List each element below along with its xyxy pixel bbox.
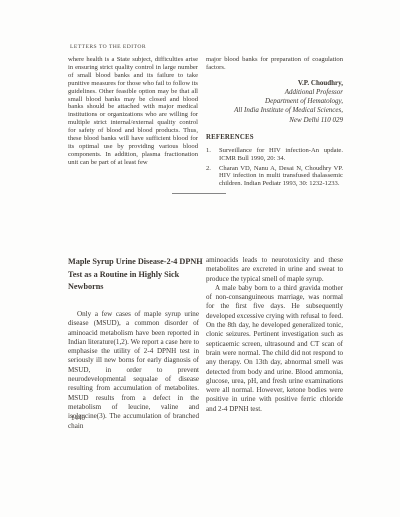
running-head: LETTERS TO THE EDITOR bbox=[70, 44, 146, 50]
section-divider-rule bbox=[172, 193, 226, 194]
signature-block: V.P. Choudhry, Additional Professor Depa… bbox=[206, 79, 343, 125]
reference-number: 2. bbox=[206, 165, 214, 189]
letter2-left-column: Only a few cases of maple syrup urine di… bbox=[68, 310, 199, 431]
references-list: 1. Surveillance for HIV infection-An upd… bbox=[206, 147, 343, 189]
author-department: Department of Hematology, bbox=[206, 97, 343, 106]
author-institute: All India Institute of Medical Sciences, bbox=[206, 106, 343, 115]
letter2-right-column: aminoacids leads to neurotoxicity and th… bbox=[206, 256, 343, 414]
letter1-right-column: major blood banks for preparation of coa… bbox=[206, 56, 343, 190]
page-number: 1440 bbox=[71, 414, 85, 422]
journal-page: LETTERS TO THE EDITOR where health is a … bbox=[0, 0, 400, 517]
letter1-body-paragraph: where health is a State subject, difficu… bbox=[68, 56, 198, 167]
reference-item: 2. Charan VD, Nanu A, Desai N, Choudhry … bbox=[206, 165, 343, 189]
letter1-left-column: where health is a State subject, difficu… bbox=[68, 56, 198, 167]
reference-number: 1. bbox=[206, 147, 214, 163]
author-name: V.P. Choudhry, bbox=[206, 79, 343, 88]
letter2-continuation-paragraph: aminoacids leads to neurotoxicity and th… bbox=[206, 256, 343, 284]
reference-item: 1. Surveillance for HIV infection-An upd… bbox=[206, 147, 343, 163]
letter1-closing-paragraph: major blood banks for preparation of coa… bbox=[206, 56, 343, 72]
letter2-intro-paragraph: Only a few cases of maple syrup urine di… bbox=[68, 310, 199, 431]
author-title: Additional Professor bbox=[206, 88, 343, 97]
letter2-case-report-paragraph: A male baby born to a third gravida moth… bbox=[206, 284, 343, 414]
references-heading: REFERENCES bbox=[206, 134, 343, 142]
author-city: New Delhi 110 029 bbox=[206, 116, 343, 125]
letter2-title: Maple Syrup Urine Disease-2-4 DPNH Test … bbox=[68, 256, 203, 294]
reference-text: Surveillance for HIV infection-An update… bbox=[214, 147, 343, 163]
reference-text: Charan VD, Nanu A, Desai N, Choudhry VP.… bbox=[214, 165, 343, 189]
